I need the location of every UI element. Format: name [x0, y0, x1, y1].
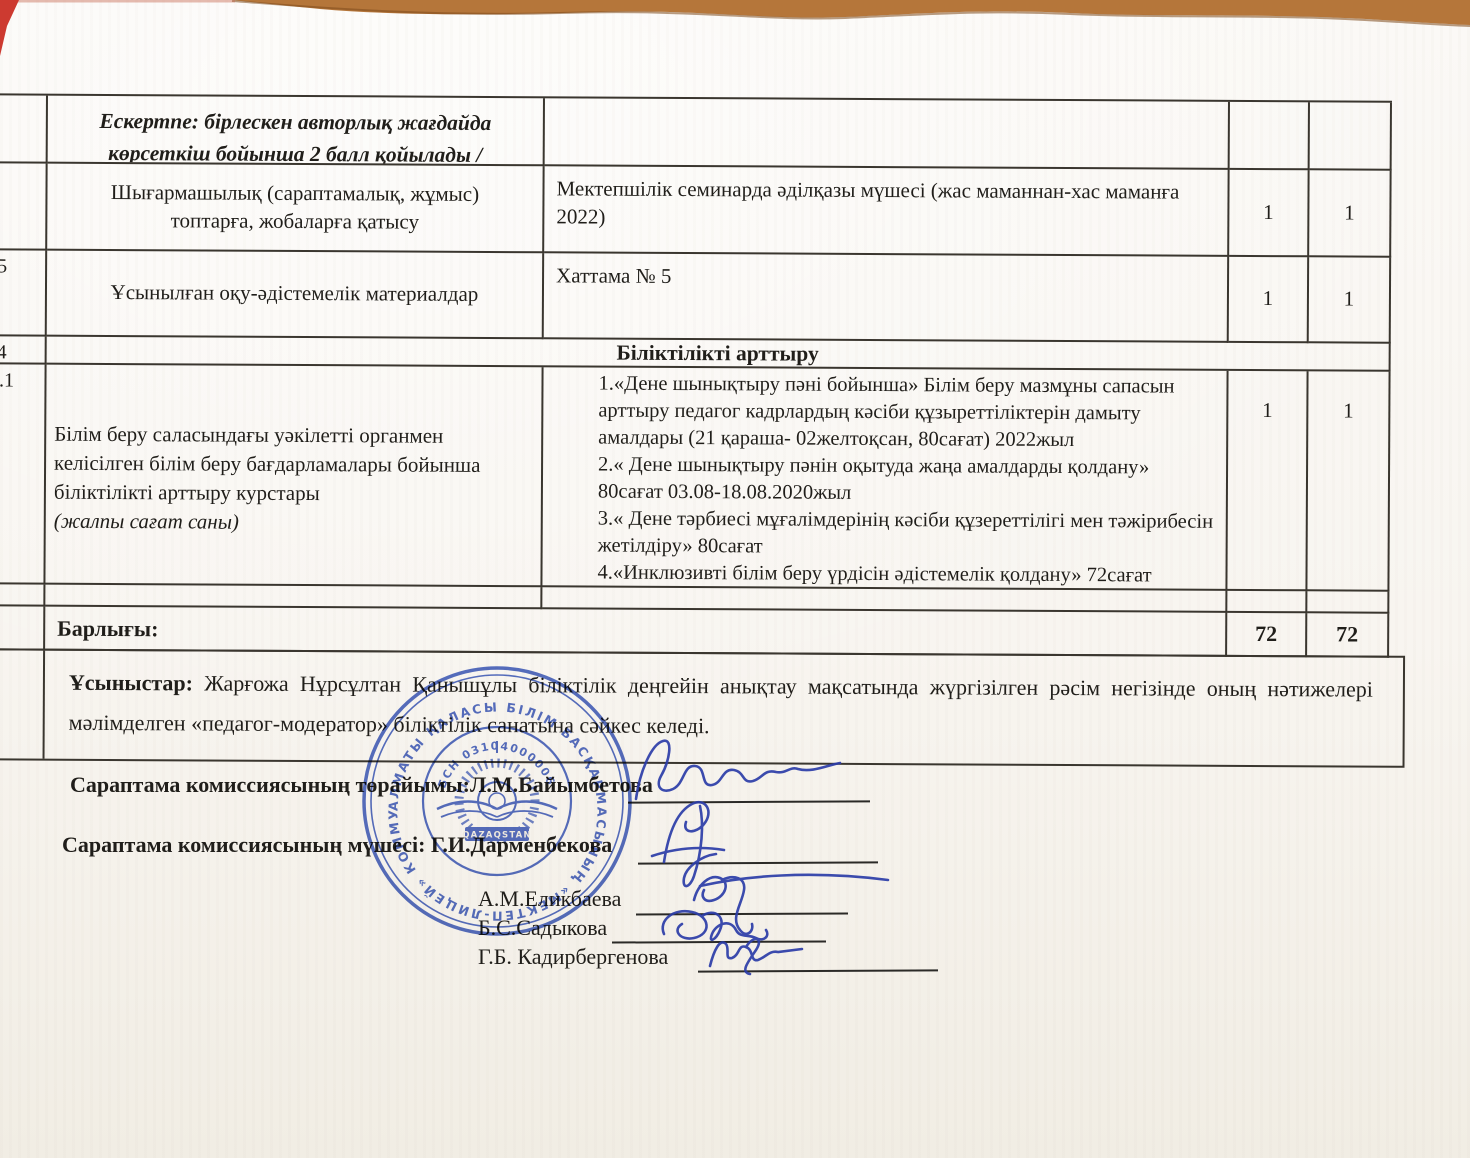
stamp-wing-right — [497, 802, 557, 810]
elikbaeva-signature-ink — [722, 877, 752, 934]
kadirbergenova-signature-ink — [745, 939, 759, 974]
row-creative-score1: 1 — [1229, 170, 1309, 257]
row-creative-evidence: Мектепшілік семинарда әділқазы мүшесі (ж… — [544, 166, 1229, 257]
courses-criteria-note: (жалпы сағат саны) — [54, 509, 239, 534]
stamp-bin-text: БСН 031040000061 — [435, 739, 557, 804]
total-score2: 72 — [1307, 613, 1389, 657]
scanned-document-page: Ескертпе: бірлескен авторлық жағдайда кө… — [0, 0, 1470, 1158]
row-courses-number: 4.1 — [0, 364, 47, 584]
row-materials-criteria: Ұсынылған оқу-әдістемелік материалдар — [47, 251, 544, 340]
signature-line — [628, 800, 870, 803]
total-score1: 72 — [1227, 613, 1307, 657]
empty-cell — [1307, 591, 1389, 613]
member4-name: Г.Б. Кадирбергенова — [478, 944, 668, 970]
evaluation-table: Ескертпе: бірлескен авторлық жағдайда кө… — [0, 93, 1408, 768]
recommendation-row: Ұсыныстар: Жарғожа Нұрсұлтан Қанышұлы бі… — [0, 648, 1405, 768]
background-surface-strip — [0, 0, 1470, 40]
row-creative-number-cell — [0, 163, 48, 250]
row-courses-score1: 1 — [1227, 371, 1308, 591]
row-note-score2-cell — [1310, 102, 1392, 170]
member-signature-ink — [700, 875, 888, 886]
total-label: Барлығы: — [45, 607, 1227, 657]
row-materials-evidence: Хаттама № 5 — [544, 253, 1229, 343]
recommendation-lead: Ұсыныстар: — [69, 670, 193, 696]
row-note-number-cell — [0, 95, 48, 163]
stamp-ring-text: АЛМАТЫ ҚАЛАСЫ БІЛІМ БАСҚАРМАСЫНЫҢ «МЕКТЕ… — [385, 699, 609, 923]
svg-text:БСН 031040000061: БСН 031040000061 — [435, 739, 557, 804]
row-courses-criteria: Білім беру саласындағы уәкілетті органме… — [45, 365, 543, 588]
section-number: 4 — [0, 336, 47, 364]
course-item: 1.«Дене шынықтыру пәні бойынша» Білім бе… — [598, 371, 1218, 455]
member-signature-ink — [664, 802, 708, 862]
elikbaeva-signature-ink — [694, 877, 726, 901]
row-courses-score2: 1 — [1307, 371, 1390, 591]
row-materials-score2: 1 — [1309, 257, 1391, 343]
empty-cell — [1227, 591, 1307, 613]
stamp-wing-right2 — [497, 811, 553, 817]
official-round-stamp: QAZAQSTAN АЛМАТЫ ҚАЛАСЫ БІЛІМ БАСҚАРМАСЫ… — [356, 660, 638, 942]
course-item: 3.« Дене тәрбиесі мұғалімдерінің кәсіби … — [598, 506, 1218, 563]
row-total-number-cell — [0, 606, 45, 650]
empty-cell — [0, 584, 45, 606]
evaluation-grid: Ескертпе: бірлескен авторлық жағдайда кө… — [0, 93, 1392, 658]
row-materials-number: 5 — [0, 250, 47, 336]
recommendation-body: Жарғожа Нұрсұлтан Қанышұлы біліктілік де… — [69, 670, 1373, 738]
empty-cell — [45, 585, 542, 610]
course-item: 4.«Инклюзивті білім беру үрдісін әдістем… — [597, 560, 1217, 590]
signature-line — [636, 912, 848, 915]
stamp-banner-text: QAZAQSTAN — [462, 831, 532, 841]
kadirbergenova-signature-ink — [710, 942, 802, 966]
signature-line — [612, 940, 826, 943]
row-note-evidence-cell — [545, 98, 1230, 170]
row-creative-score2: 1 — [1309, 170, 1391, 257]
courses-criteria-text: Білім беру саласындағы уәкілетті органме… — [54, 422, 481, 505]
member-signature-ink — [684, 806, 716, 886]
stamp-shanyrak — [478, 782, 516, 820]
course-item: 2.« Дене шынықтыру пәнін оқытуда жаңа ам… — [598, 452, 1218, 509]
row-courses-evidence: 1.«Дене шынықтыру пәні бойынша» Білім бе… — [542, 367, 1228, 591]
sadykova-signature-ink — [702, 913, 767, 940]
row-creative-criteria: Шығармашылық (сараптамалық, жұмыс) топта… — [47, 164, 544, 254]
note-text: Ескертпе: бірлескен авторлық жағдайда кө… — [48, 96, 545, 167]
stamp-wing-left — [437, 802, 497, 810]
red-corner-mark — [0, 0, 26, 60]
signature-line — [638, 861, 878, 864]
member-signature-ink — [652, 848, 724, 856]
row-materials-score1: 1 — [1229, 257, 1309, 343]
svg-text:АЛМАТЫ ҚАЛАСЫ БІЛІМ БАСҚАРМАСЫ: АЛМАТЫ ҚАЛАСЫ БІЛІМ БАСҚАРМАСЫНЫҢ «МЕКТЕ… — [385, 699, 609, 923]
recommendation-number-cell — [0, 650, 45, 758]
row-note-score1-cell — [1230, 102, 1310, 170]
recommendation-text: Ұсыныстар: Жарғожа Нұрсұлтан Қанышұлы бі… — [45, 651, 1404, 766]
signature-line — [698, 969, 938, 972]
stamp-wing-left2 — [441, 811, 497, 817]
